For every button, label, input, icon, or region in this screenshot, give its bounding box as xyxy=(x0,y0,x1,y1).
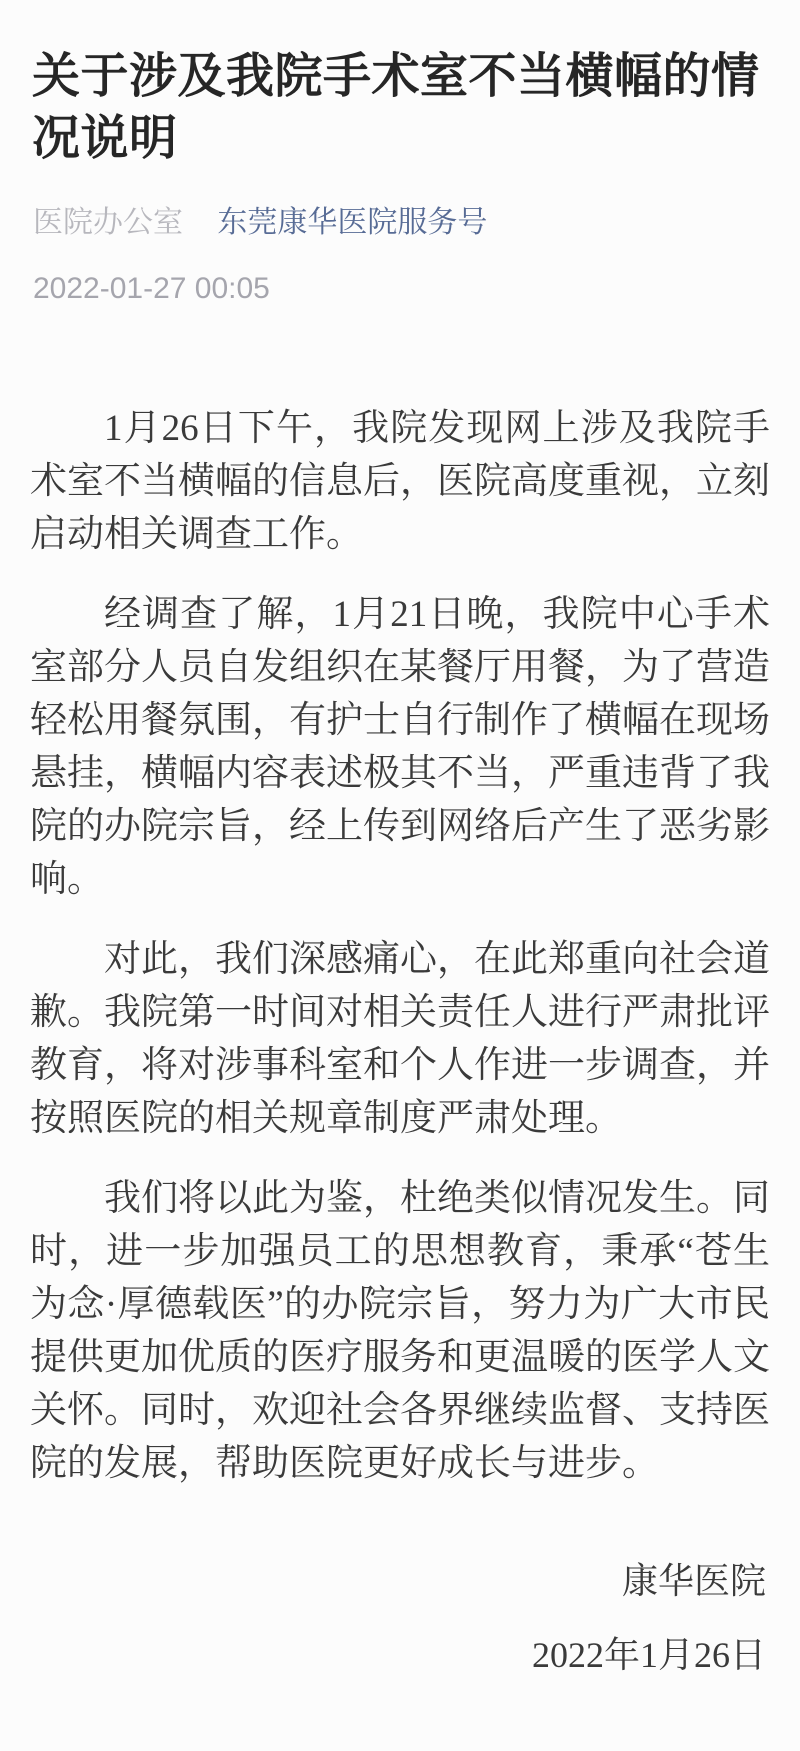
article-body: 1月26日下午，我院发现网上涉及我院手术室不当横幅的信息后，医院高度重视，立刻启… xyxy=(30,402,770,1490)
publish-timestamp: 2022-01-27 00:05 xyxy=(30,268,770,310)
signature-block: 康华医院 2022年1月26日 xyxy=(30,1556,770,1680)
official-account-link[interactable]: 东莞康华医院服务号 xyxy=(217,206,487,239)
article-title: 关于涉及我院手术室不当横幅的情况说明 xyxy=(32,46,768,170)
body-paragraph-1: 1月26日下午，我院发现网上涉及我院手术室不当横幅的信息后，医院高度重视，立刻启… xyxy=(30,402,770,561)
article-meta: 医院办公室 东莞康华医院服务号 xyxy=(30,202,770,244)
signature-date: 2022年1月26日 xyxy=(30,1630,766,1680)
signature-hospital-name: 康华医院 xyxy=(30,1556,766,1606)
body-paragraph-4: 我们将以此为鉴，杜绝类似情况发生。同时，进一步加强员工的思想教育，秉承“苍生为念… xyxy=(30,1172,770,1490)
author-name: 医院办公室 xyxy=(33,206,183,239)
body-paragraph-3: 对此，我们深感痛心，在此郑重向社会道歉。我院第一时间对相关责任人进行严肃批评教育… xyxy=(30,933,770,1145)
body-paragraph-2: 经调查了解，1月21日晚，我院中心手术室部分人员自发组织在某餐厅用餐，为了营造轻… xyxy=(30,588,770,906)
article-page: 关于涉及我院手术室不当横幅的情况说明 医院办公室 东莞康华医院服务号 2022-… xyxy=(0,0,800,1751)
